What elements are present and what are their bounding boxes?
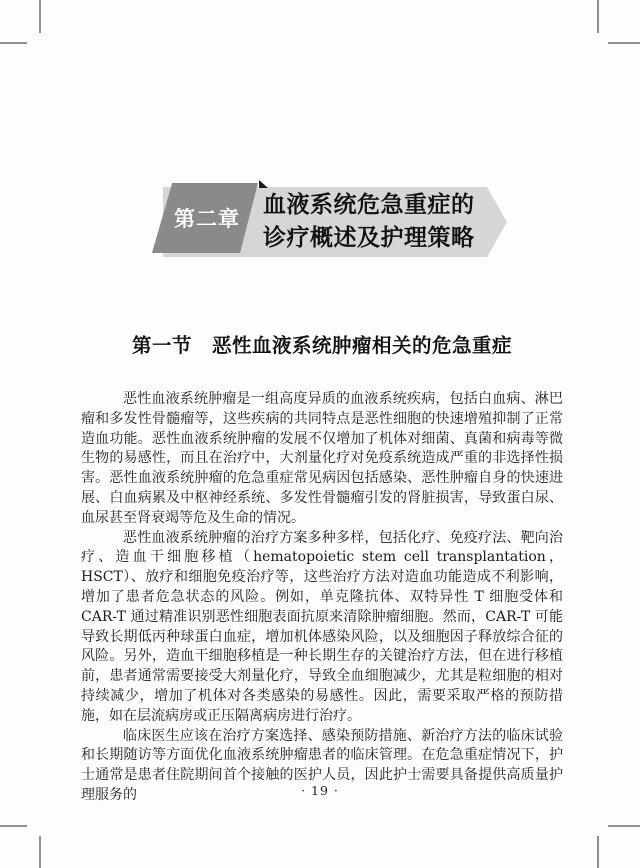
crop-mark-top-left-vertical: [39, 0, 41, 33]
crop-mark-top-right-vertical: [597, 0, 599, 33]
crop-mark-bottom-right-horizontal: [608, 825, 640, 827]
chapter-title-line2: 诊疗概述及护理策略: [263, 222, 475, 255]
crop-mark-bottom-right-vertical: [597, 836, 599, 868]
crop-mark-bottom-left-horizontal: [0, 825, 27, 827]
page-number: · 19 ·: [0, 783, 640, 798]
chapter-banner: 第二章 血液系统危急重症的 诊疗概述及护理策略: [0, 170, 640, 270]
body-paragraph-2: 恶性血液系统肿瘤的治疗方案多种多样，包括化疗、免疫疗法、靶向治疗、造血干细胞移植…: [81, 529, 563, 727]
book-page: 第二章 血液系统危急重症的 诊疗概述及护理策略 第一节 恶性血液系统肿瘤相关的危…: [0, 0, 640, 868]
section-heading: 第一节 恶性血液系统肿瘤相关的危急重症: [81, 330, 563, 358]
body-text: 恶性血液系统肿瘤是一组高度异质的血液系统疾病，包括白血病、淋巴瘤和多发性骨髓瘤等…: [81, 390, 563, 806]
chapter-title-line1: 血液系统危急重症的: [263, 189, 475, 222]
banner-notch-triangle: [259, 180, 268, 188]
crop-mark-top-right-horizontal: [608, 42, 640, 44]
crop-mark-top-left-horizontal: [0, 42, 27, 44]
chapter-title: 血液系统危急重症的 诊疗概述及护理策略: [263, 189, 475, 255]
chapter-number-label: 第二章: [170, 203, 240, 233]
crop-mark-bottom-left-vertical: [39, 836, 41, 868]
body-paragraph-1: 恶性血液系统肿瘤是一组高度异质的血液系统疾病，包括白血病、淋巴瘤和多发性骨髓瘤等…: [81, 390, 563, 529]
